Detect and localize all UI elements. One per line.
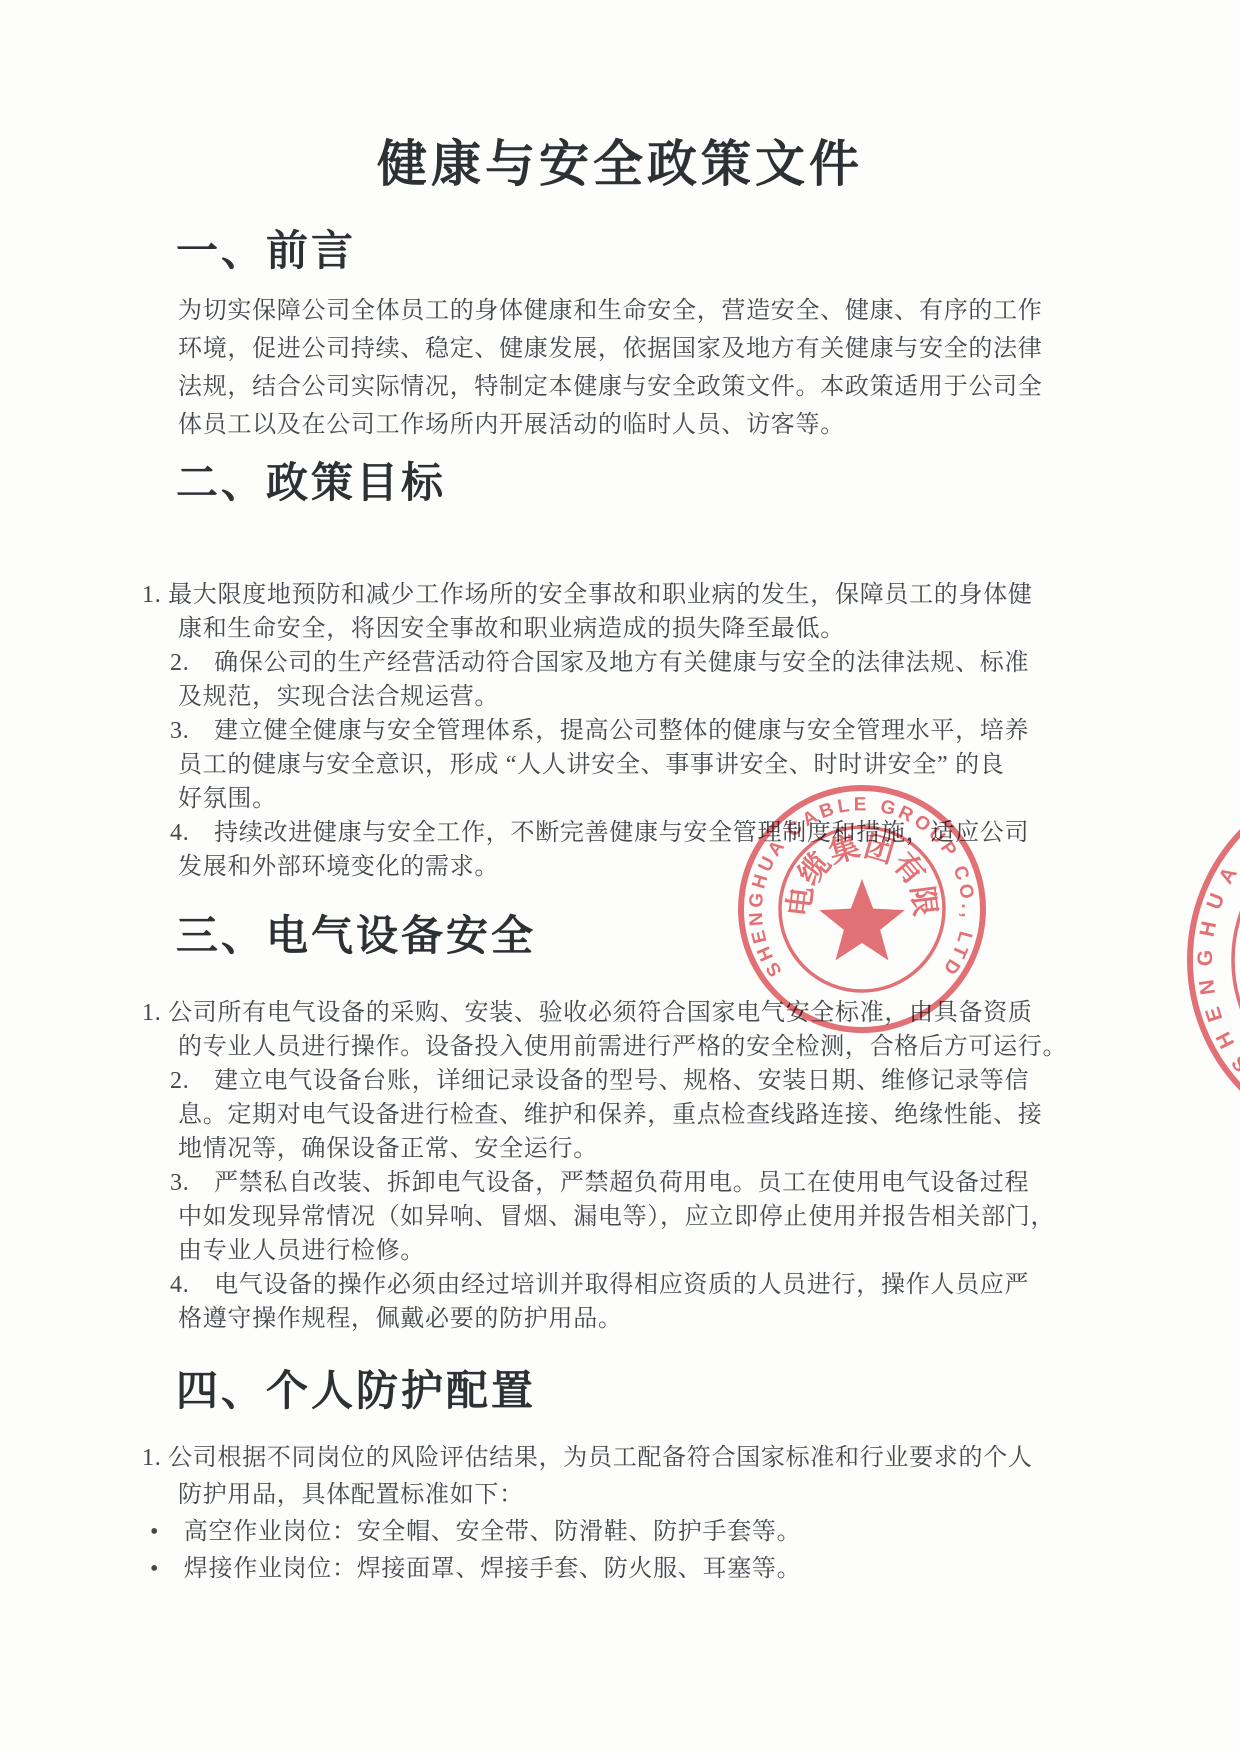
company-seal-partial: SHENGHUA CABLE GROUP CO., LTD (1165, 750, 1240, 1170)
paragraph-line: 体员工以及在公司工作场所内开展活动的临时人员、访客等。 (178, 406, 1078, 444)
section-body-preface: 为切实保障公司全体员工的身体健康和生命安全，营造安全、健康、有序的工作 环境，促… (178, 292, 1078, 444)
section-heading-electrical-safety: 三、电气设备安全 (176, 903, 536, 963)
list-item-line: 地情况等，确保设备正常、安全运行。 (178, 1132, 1078, 1166)
scanned-policy-document: 健康与安全政策文件 一、前言 为切实保障公司全体员工的身体健康和生命安全，营造安… (0, 0, 1240, 1753)
paragraph-line: 法规，结合公司实际情况，特制定本健康与安全政策文件。本政策适用于公司全 (178, 368, 1078, 406)
list-item-line: 2. 确保公司的生产经营活动符合国家及地方有关健康与安全的法律法规、标准 (170, 646, 1078, 680)
list-item-line: 防护用品，具体配置标准如下： (178, 1477, 1078, 1514)
list-item-line: 3. 严禁私自改装、拆卸电气设备，严禁超负荷用电。员工在使用电气设备过程 (170, 1166, 1078, 1200)
svg-text:SHENGHUA CABLE GROUP CO., LTD: SHENGHUA CABLE GROUP CO., LTD (1194, 779, 1240, 1076)
paragraph-line: 环境，促进公司持续、稳定、健康发展，依据国家及地方有关健康与安全的法律 (178, 330, 1078, 368)
paragraph-line: 为切实保障公司全体员工的身体健康和生命安全，营造安全、健康、有序的工作 (178, 292, 1078, 330)
bullet-item: • 高空作业岗位：安全帽、安全带、防滑鞋、防护手套等。 (178, 1514, 1078, 1551)
list-item-line: 4. 电气设备的操作必须由经过培训并取得相应资质的人员进行，操作人员应严 (170, 1268, 1078, 1302)
list-item-line: 由专业人员进行检修。 (178, 1234, 1078, 1268)
document-title: 健康与安全政策文件 (0, 124, 1240, 196)
list-item-line: 息。定期对电气设备进行检查、维护和保养，重点检查线路连接、绝缘性能、接 (178, 1098, 1078, 1132)
list-item-line: 1. 公司根据不同岗位的风险评估结果，为员工配备符合国家标准和行业要求的个人 (178, 1440, 1078, 1477)
section-heading-preface: 一、前言 (176, 218, 356, 278)
list-item-line: 1. 最大限度地预防和减少工作场所的安全事故和职业病的发生，保障员工的身体健 (178, 578, 1078, 612)
list-item-line: 及规范，实现合法合规运营。 (178, 680, 1078, 714)
section-heading-ppe: 四、个人防护配置 (176, 1358, 536, 1418)
list-item-line: 格遵守操作规程，佩戴必要的防护用品。 (178, 1302, 1078, 1336)
list-item-line: 中如发现异常情况（如异响、冒烟、漏电等），应立即停止使用并报告相关部门， (178, 1200, 1078, 1234)
list-item-line: 3. 建立健全健康与安全管理体系，提高公司整体的健康与安全管理水平，培养 (170, 714, 1078, 748)
company-seal: SHENGHUA CABLE GROUP CO., LTD 电缆集团有限 (717, 764, 1007, 1054)
bullet-item: • 焊接作业岗位：焊接面罩、焊接手套、防火服、耳塞等。 (178, 1551, 1078, 1588)
list-item-line: 康和生命安全，将因安全事故和职业病造成的损失降至最低。 (178, 612, 1078, 646)
star-icon (819, 879, 905, 960)
list-item-line: 2. 建立电气设备台账，详细记录设备的型号、规格、安装日期、维修记录等信 (170, 1064, 1078, 1098)
section-body-ppe: 1. 公司根据不同岗位的风险评估结果，为员工配备符合国家标准和行业要求的个人 防… (178, 1440, 1078, 1514)
section-heading-policy-goals: 二、政策目标 (176, 450, 446, 510)
section-bullets-ppe: • 高空作业岗位：安全帽、安全带、防滑鞋、防护手套等。 • 焊接作业岗位：焊接面… (178, 1514, 1078, 1588)
seal-english-arc-text: SHENGHUA CABLE GROUP CO., LTD (1194, 779, 1240, 1076)
